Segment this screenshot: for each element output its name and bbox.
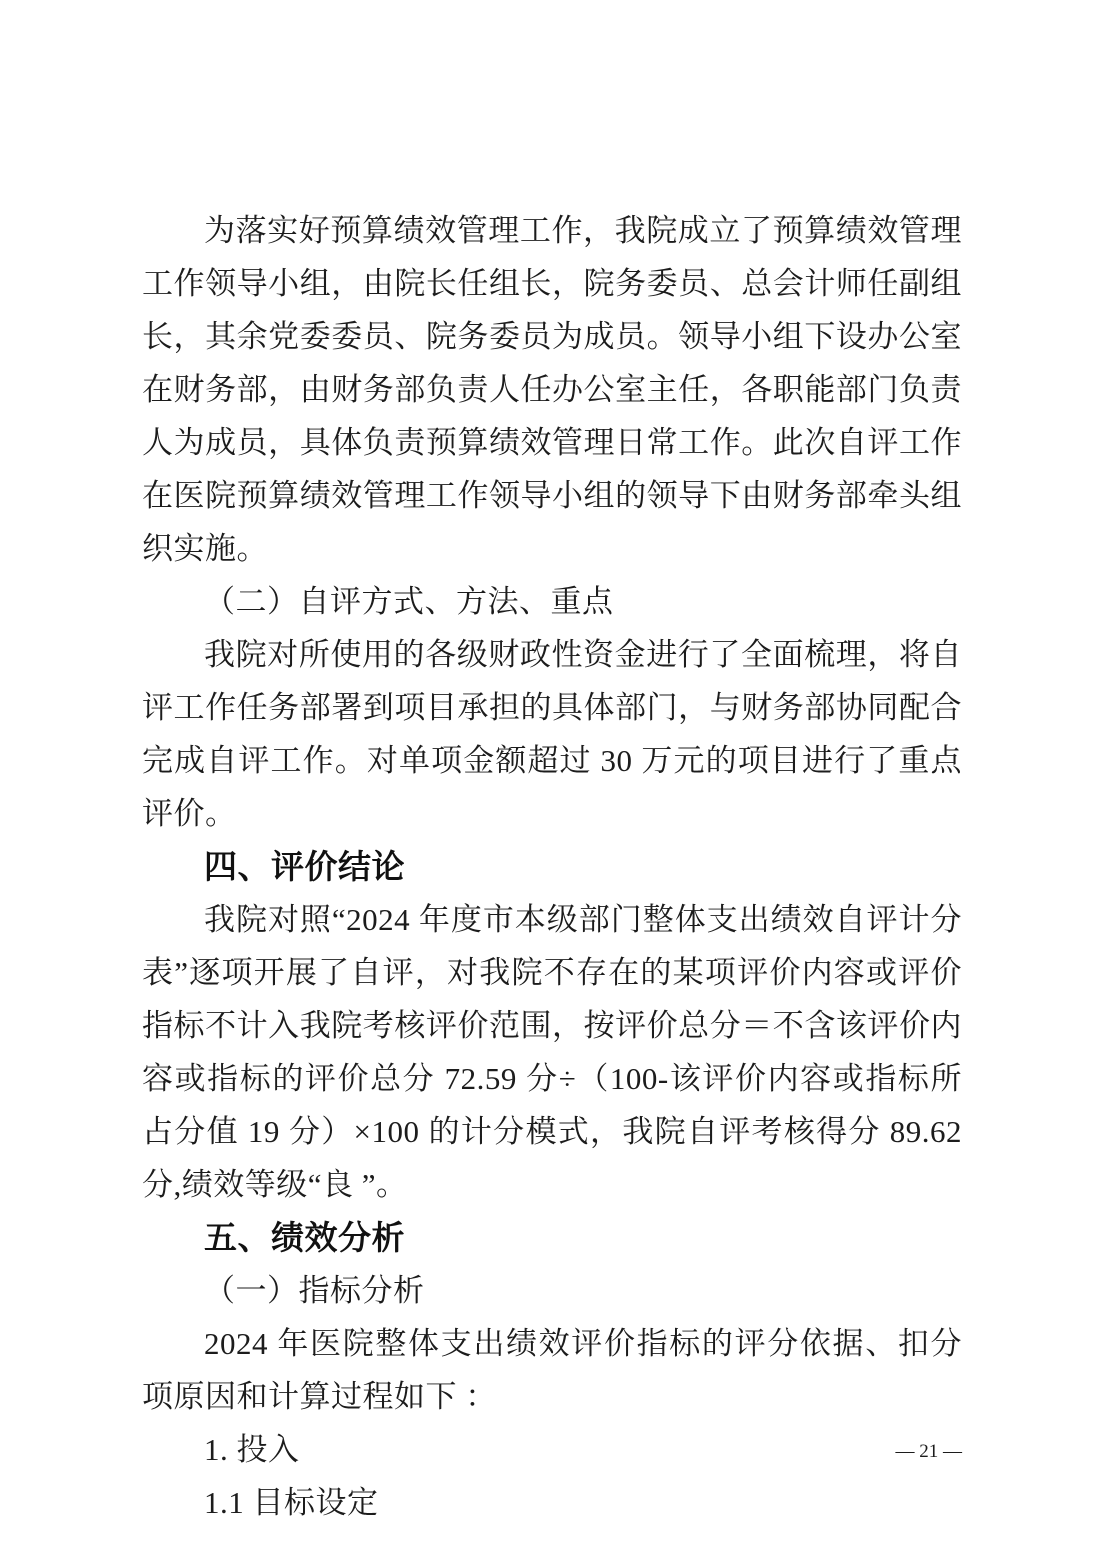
list-item-goal-setting: 1.1 目标设定 [142,1476,962,1529]
heading-evaluation-conclusion: 四、评价结论 [142,840,962,893]
subheading-self-eval-method: （二）自评方式、方法、重点 [142,575,962,628]
paragraph-self-eval-process: 我院对所使用的各级财政性资金进行了全面梳理，将自评工作任务部署到项目承担的具体部… [142,628,962,840]
paragraph-conclusion-score: 我院对照“2024 年度市本级部门整体支出绩效自评计分表”逐项开展了自评，对我院… [142,893,962,1211]
list-item-input: 1. 投入 [142,1423,962,1476]
paragraph-leadership-group: 为落实好预算绩效管理工作，我院成立了预算绩效管理工作领导小组，由院长任组长，院务… [142,204,962,575]
heading-performance-analysis: 五、绩效分析 [142,1211,962,1264]
page-number: — 21 — [896,1441,963,1463]
paragraph-indicator-intro: 2024 年医院整体支出绩效评价指标的评分依据、扣分项原因和计算过程如下 ： [142,1317,962,1423]
document-page: 为落实好预算绩效管理工作，我院成立了预算绩效管理工作领导小组，由院长任组长，院务… [0,0,1100,1555]
subheading-indicator-analysis: （一）指标分析 [142,1264,962,1317]
document-body: 为落实好预算绩效管理工作，我院成立了预算绩效管理工作领导小组，由院长任组长，院务… [142,204,962,1529]
